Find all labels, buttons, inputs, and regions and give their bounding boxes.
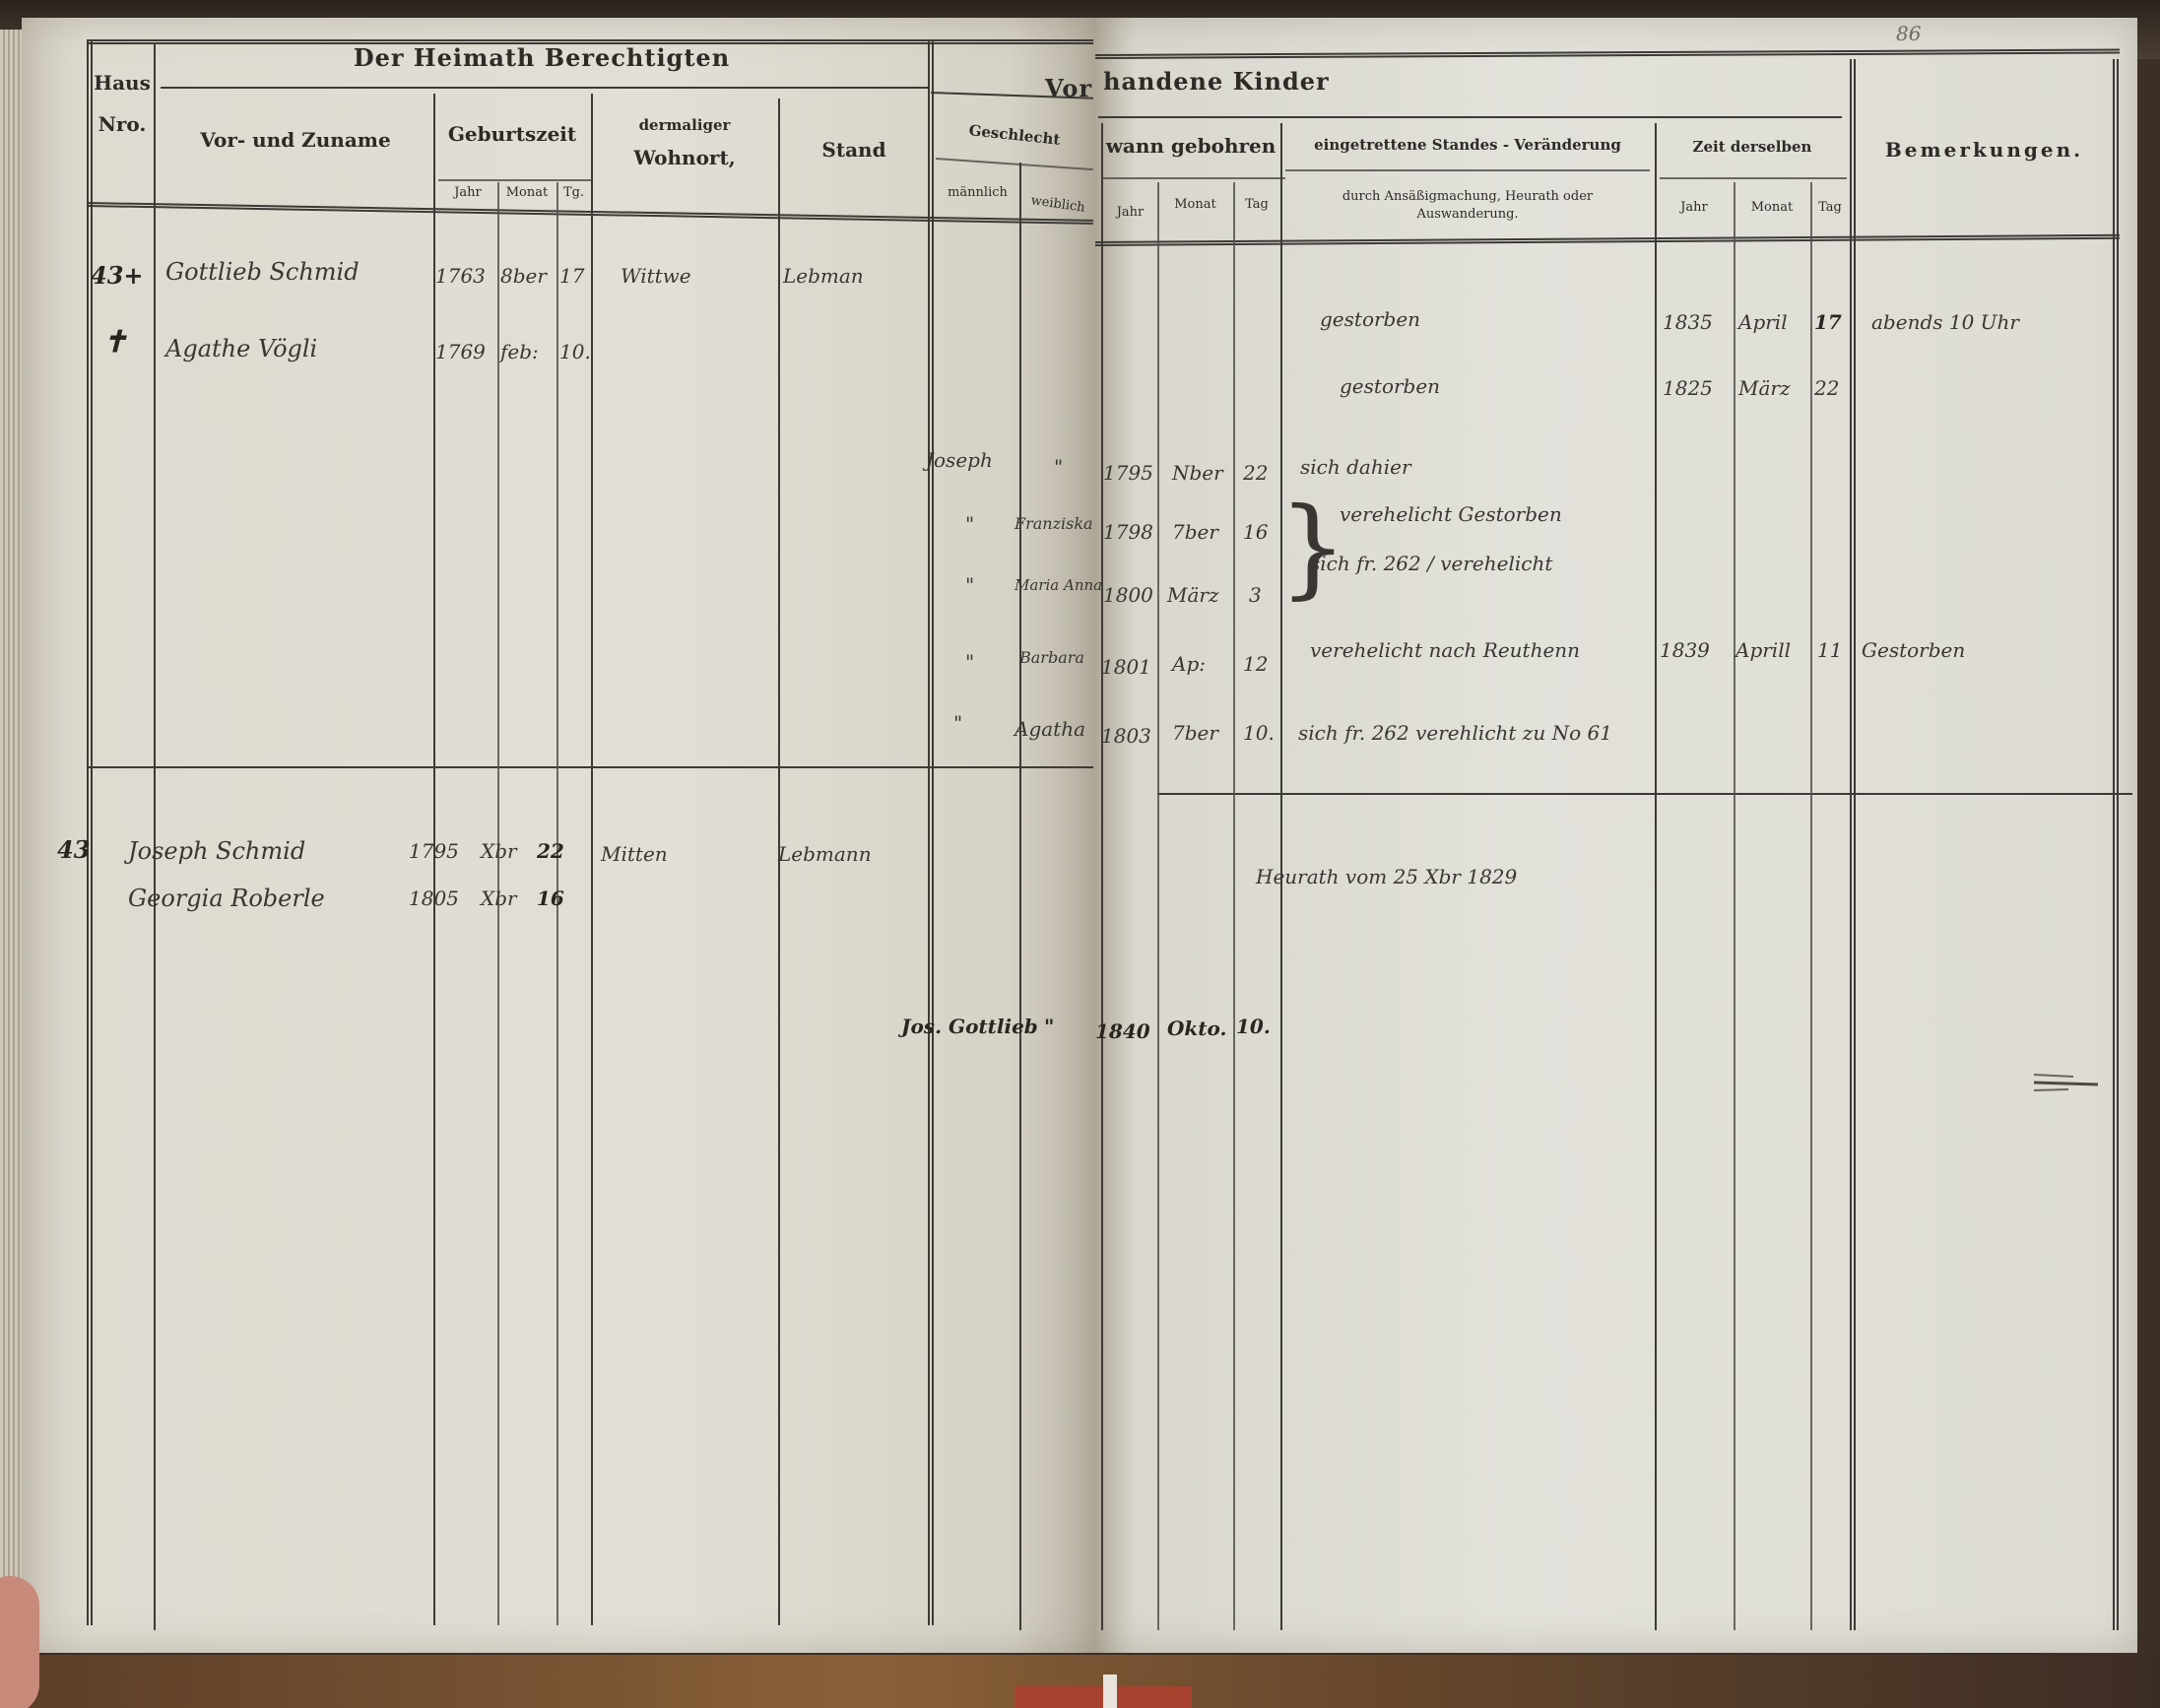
status-change: Heurath vom 25 Xbr 1829 — [1256, 865, 1517, 888]
grouping-brace: } — [1278, 493, 1347, 601]
child-name: Joseph — [926, 448, 993, 472]
change-year: 1835 — [1663, 310, 1713, 334]
remark: abends 10 Uhr — [1871, 310, 2019, 334]
header-kind-tag: Tag — [1233, 197, 1280, 213]
header-bemerkungen: Bemerkungen. — [1856, 138, 2113, 162]
change-month: April — [1738, 310, 1788, 334]
ditto-mark: " — [965, 650, 974, 674]
child-name: Maria Anna — [1015, 576, 1102, 594]
birth-month: feb: — [500, 340, 539, 363]
header-zeit-monat: Monat — [1734, 200, 1810, 216]
header-geb-monat: Monat — [497, 185, 556, 201]
child-name: Barbara — [1019, 648, 1084, 667]
header-zeit-jahr: Jahr — [1655, 200, 1734, 216]
change-year: 1825 — [1663, 376, 1713, 400]
birth-month: Xbr — [481, 887, 517, 910]
birth-year: 1805 — [409, 887, 459, 910]
child-birth-month: Nber — [1172, 461, 1223, 485]
header-geb-jahr: Jahr — [438, 185, 497, 201]
residence: Mitten — [601, 842, 668, 866]
status-change: gestorben — [1340, 374, 1440, 398]
pencil-sketch-mark — [2029, 1069, 2108, 1098]
birth-day: 16 — [537, 887, 564, 910]
section-title-vor: Vor — [1044, 74, 1093, 102]
ditto-mark: " — [965, 512, 974, 536]
section-title-heimath: Der Heimath Berechtigten — [335, 43, 749, 72]
right-page — [1093, 18, 2137, 1653]
remark: Gestorben — [1862, 638, 1965, 662]
child-status-change: verehelicht nach Reuthenn — [1310, 638, 1580, 662]
section-title-kinder: handene Kinder — [1103, 67, 1300, 96]
ditto-mark: " — [965, 573, 974, 597]
header-zeit-derselben: Zeit derselben — [1655, 138, 1850, 156]
holding-thumb — [0, 1576, 39, 1708]
child-status-change: sich fr. 262 verehlicht zu No 61 — [1298, 721, 1612, 745]
person-name: Gottlieb Schmid — [165, 258, 360, 286]
header-wohnort-2: Wohnort, — [591, 146, 778, 169]
birth-day: 22 — [537, 839, 564, 863]
ditto-mark: " — [953, 711, 962, 735]
death-cross-marker: ✝ — [102, 325, 127, 360]
header-wann-gebohren: wann gebohren — [1101, 134, 1280, 158]
change-month: Aprill — [1735, 638, 1791, 662]
child-birth-year: 1800 — [1103, 583, 1153, 607]
child-birth-day: 12 — [1243, 652, 1268, 676]
folio-number: 86 — [1896, 22, 1921, 45]
header-maennlich: männlich — [936, 185, 1019, 201]
child-status-change: verehelicht Gestorben — [1340, 502, 1562, 526]
ditto-mark: " — [1054, 455, 1063, 479]
birth-year: 1795 — [409, 839, 459, 863]
child-birth-day: 16 — [1243, 520, 1268, 544]
birth-month: Xbr — [481, 839, 517, 863]
header-kind-monat: Monat — [1157, 197, 1233, 213]
status: Lebman — [783, 264, 864, 288]
person-name: Joseph Schmid — [128, 837, 305, 865]
status-change: gestorben — [1320, 307, 1420, 331]
change-day: 17 — [1814, 310, 1842, 334]
birth-month: 8ber — [500, 264, 547, 288]
header-wohnort-1: dermaliger — [591, 116, 778, 134]
header-nro: Nro. — [91, 112, 154, 136]
child-birth-year: 1795 — [1103, 461, 1153, 485]
birth-year: 1763 — [435, 264, 486, 288]
header-haus: Haus — [91, 71, 154, 95]
ditto-mark: " — [1044, 1015, 1054, 1038]
child-birth-month: Ap: — [1172, 652, 1206, 676]
person-name: Georgia Roberle — [128, 885, 325, 912]
child-birth-day: 10. — [1236, 1015, 1271, 1038]
child-birth-month: März — [1167, 583, 1219, 607]
change-day: 22 — [1814, 376, 1839, 400]
residence: Wittwe — [621, 264, 691, 288]
child-birth-year: 1798 — [1103, 520, 1153, 544]
child-name: Franziska — [1015, 514, 1093, 533]
header-geburtszeit: Geburtszeit — [433, 122, 591, 146]
child-birth-year: 1803 — [1101, 724, 1151, 748]
header-veraenderung-sub-2: Auswanderung. — [1280, 207, 1655, 223]
change-month: März — [1738, 376, 1791, 400]
birth-day: 10. — [559, 340, 591, 363]
header-standes-veraenderung: eingetrettene Standes - Veränderung — [1280, 136, 1655, 154]
haus-nro: 43 — [57, 835, 90, 864]
change-day: 11 — [1817, 638, 1842, 662]
child-birth-month: 7ber — [1172, 721, 1218, 745]
change-year: 1839 — [1660, 638, 1710, 662]
haus-nro: 43+ — [91, 261, 144, 290]
header-zeit-tag: Tag — [1810, 200, 1850, 216]
child-birth-year: 1840 — [1095, 1019, 1150, 1043]
header-stand: Stand — [780, 138, 928, 162]
child-birth-day: 10. — [1243, 721, 1275, 745]
bookmark-ribbon — [1103, 1675, 1117, 1708]
child-status-change: sich fr. 262 / verehelicht — [1310, 552, 1552, 575]
birth-year: 1769 — [435, 340, 486, 363]
header-geb-tag: Tg. — [556, 185, 591, 201]
child-birth-month: 7ber — [1172, 520, 1218, 544]
header-name: Vor- und Zuname — [158, 128, 433, 152]
status: Lebmann — [778, 842, 872, 866]
child-birth-day: 3 — [1249, 583, 1262, 607]
header-kind-jahr: Jahr — [1103, 205, 1157, 221]
birth-day: 17 — [559, 264, 584, 288]
child-name: Agatha — [1015, 717, 1085, 741]
child-birth-month: Okto. — [1167, 1017, 1226, 1040]
child-status-change: sich dahier — [1300, 455, 1411, 479]
child-birth-day: 22 — [1243, 461, 1268, 485]
child-name: Jos. Gottlieb — [901, 1015, 1038, 1038]
person-name: Agathe Vögli — [165, 335, 317, 362]
header-veraenderung-sub-1: durch Ansäßigmachung, Heurath oder — [1280, 189, 1655, 205]
child-birth-year: 1801 — [1101, 655, 1151, 679]
